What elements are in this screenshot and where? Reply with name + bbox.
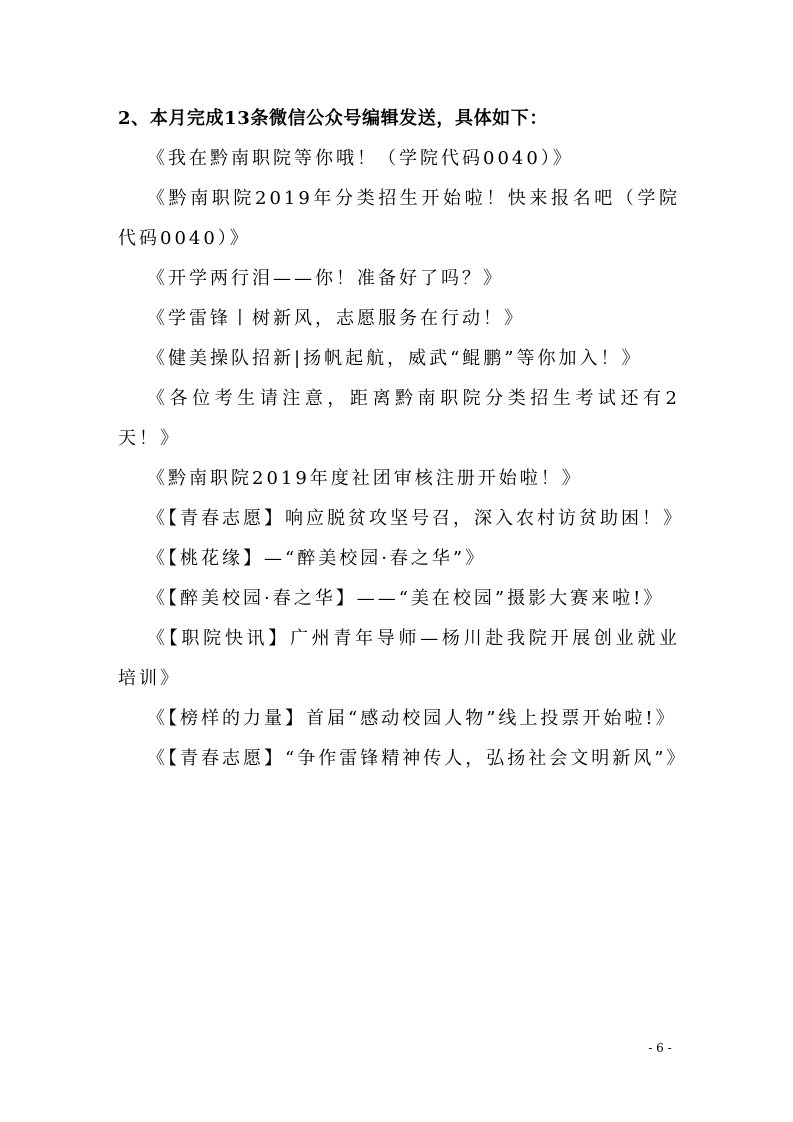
article-title: 《【醉美校园·春之华】——“美在校园”摄影大赛来啦!》 <box>118 579 680 619</box>
article-title: 《黔南职院2019年度社团审核注册开始啦！》 <box>118 459 680 499</box>
article-title: 《黔南职院2019年分类招生开始啦！快来报名吧（学院代码0040）》 <box>118 179 680 259</box>
article-title: 《【榜样的力量】首届“感动校园人物”线上投票开始啦!》 <box>118 699 680 739</box>
article-title: 《【青春志愿】“争作雷锋精神传人，弘扬社会文明新风”》 <box>118 739 680 779</box>
article-title: 《各位考生请注意，距离黔南职院分类招生考试还有2天！》 <box>118 379 680 459</box>
article-title: 《【青春志愿】响应脱贫攻坚号召，深入农村访贫助困！》 <box>118 499 680 539</box>
article-title: 《健美操队招新|扬帆起航，威武“鲲鹏”等你加入！》 <box>118 339 680 379</box>
document-body: 2、本月完成13条微信公众号编辑发送，具体如下： 《我在黔南职院等你哦！（学院代… <box>118 99 680 779</box>
document-page: 2、本月完成13条微信公众号编辑发送，具体如下： 《我在黔南职院等你哦！（学院代… <box>0 0 793 1122</box>
article-title: 《【桃花缘】—“醉美校园·春之华”》 <box>118 539 680 579</box>
page-number: - 6 - <box>640 1041 680 1055</box>
article-list: 《我在黔南职院等你哦！（学院代码0040）》 《黔南职院2019年分类招生开始啦… <box>118 139 680 779</box>
article-title: 《开学两行泪——你！准备好了吗？》 <box>118 259 680 299</box>
article-title: 《学雷锋丨树新风，志愿服务在行动！》 <box>118 299 680 339</box>
article-title: 《我在黔南职院等你哦！（学院代码0040）》 <box>118 139 680 179</box>
section-heading: 2、本月完成13条微信公众号编辑发送，具体如下： <box>118 99 680 139</box>
article-title: 《【职院快讯】广州青年导师—杨川赴我院开展创业就业培训》 <box>118 619 680 699</box>
